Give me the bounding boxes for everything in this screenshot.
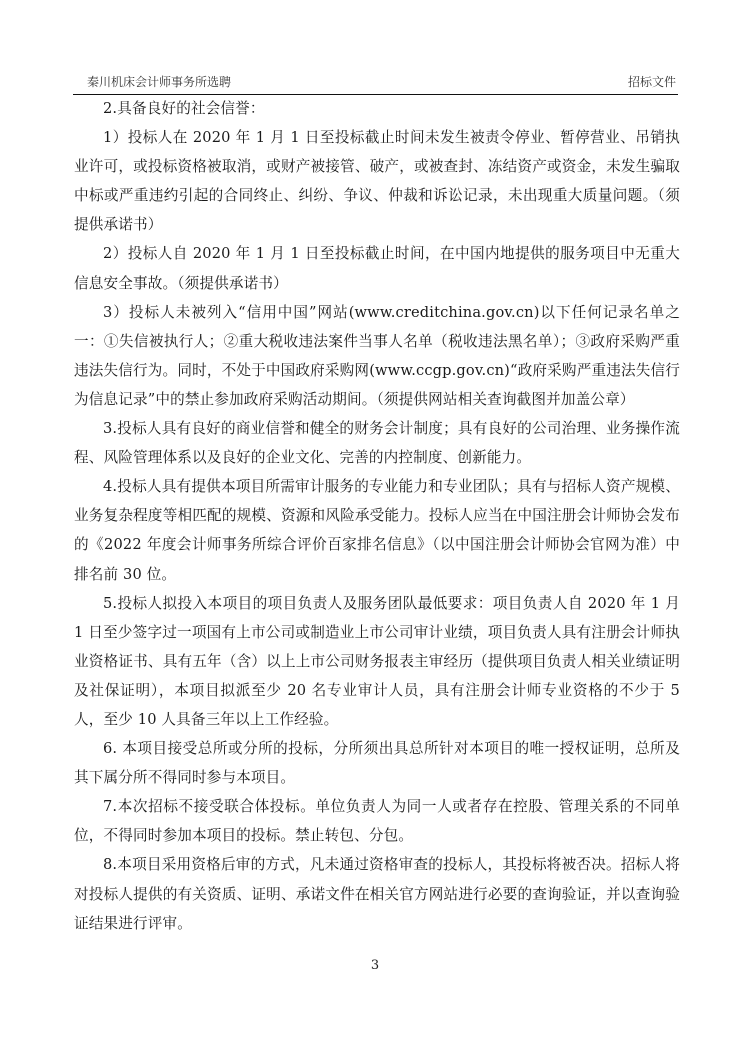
requirement-3-business-reputation: 3.投标人具有良好的商业信誉和健全的财务会计制度；具有良好的公司治理、业务操作流… xyxy=(74,414,680,472)
header-document-name: 秦川机床会计师事务所选聘 xyxy=(87,73,231,90)
requirement-7-no-consortium: 7.本次招标不接受联合体投标。单位负责人为同一人或者存在控股、管理关系的不同单位… xyxy=(74,792,680,850)
clause-no-violations: 1）投标人在 2020 年 1 月 1 日至投标截止时间未发生被责令停业、暂停营… xyxy=(74,123,680,239)
requirement-4-professional-capability: 4.投标人具有提供本项目所需审计服务的专业能力和专业团队；具有与招标人资产规模、… xyxy=(74,472,680,588)
page-number: 3 xyxy=(0,958,750,973)
clause-credit-china-list: 3）投标人未被列入“信用中国”网站(www.creditchina.gov.cn… xyxy=(74,298,680,414)
document-body: 2.具备良好的社会信誉： 1）投标人在 2020 年 1 月 1 日至投标截止时… xyxy=(74,94,680,938)
requirement-6-branch-bidding: 6. 本项目接受总所或分所的投标，分所须出具总所针对本项目的唯一授权证明，总所及… xyxy=(74,734,680,792)
header-document-type: 招标文件 xyxy=(628,73,676,90)
requirement-8-post-qualification: 8.本项目采用资格后审的方式，凡未通过资格审查的投标人，其投标将被否决。招标人将… xyxy=(74,850,680,937)
clause-no-security-incidents: 2）投标人自 2020 年 1 月 1 日至投标截止时间，在中国内地提供的服务项… xyxy=(74,239,680,297)
page-header: 秦川机床会计师事务所选聘 招标文件 xyxy=(73,70,678,95)
section-heading-social-credit: 2.具备良好的社会信誉： xyxy=(74,94,680,123)
requirement-5-project-team: 5.投标人拟投入本项目的项目负责人及服务团队最低要求：项目负责人自 2020 年… xyxy=(74,589,680,734)
